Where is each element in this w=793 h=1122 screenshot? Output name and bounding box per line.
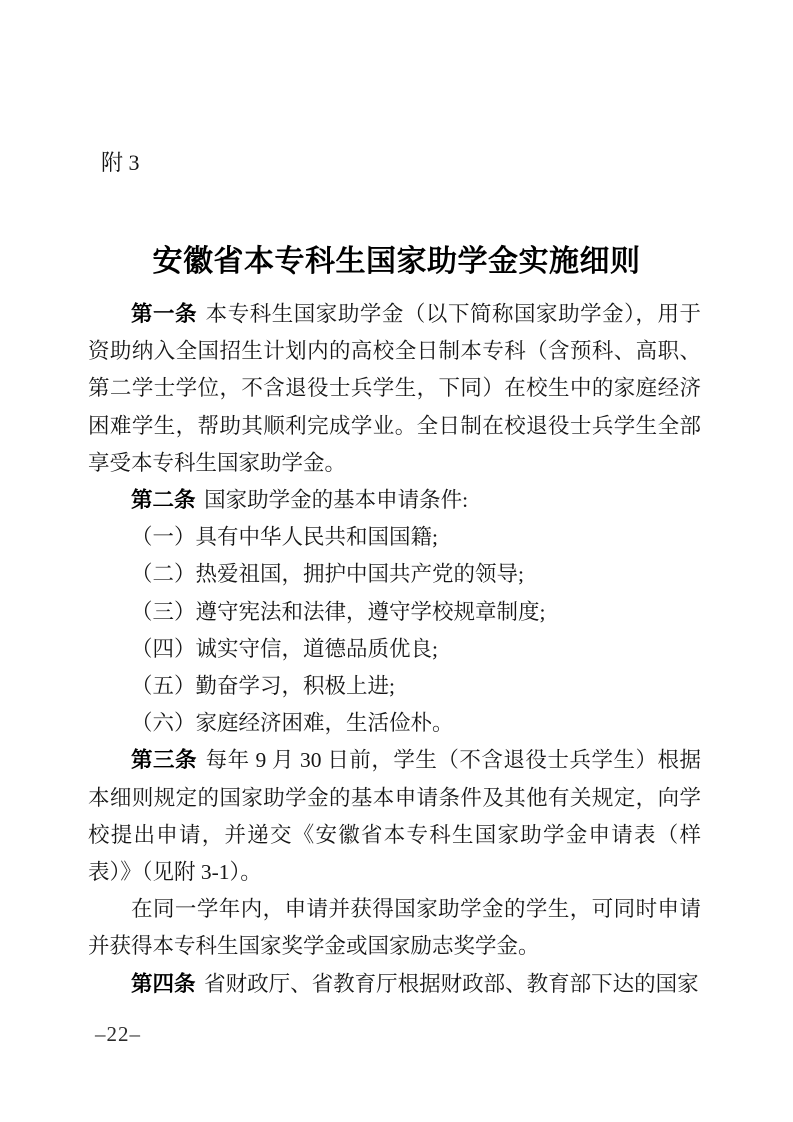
article-1-label: 第一条	[131, 302, 197, 326]
article-2-text: 国家助学金的基本申请条件:	[204, 488, 468, 512]
article-3-label: 第三条	[131, 748, 197, 772]
paragraph-article-1: 第一条本专科生国家助学金（以下简称国家助学金），用于资助纳入全国招生计划内的高校…	[88, 296, 701, 482]
condition-item-1-text: （一）具有中华人民共和国国籍;	[131, 525, 438, 549]
document-title: 安徽省本专科生国家助学金实施细则	[0, 236, 793, 280]
condition-item-3: （三）遵守宪法和法律，遵守学校规章制度;	[88, 594, 701, 631]
condition-item-2-text: （二）热爱祖国，拥护中国共产党的领导;	[131, 562, 524, 586]
paragraph-same-year-text: 在同一学年内，申请并获得国家助学金的学生，可同时申请并获得本专科生国家奖学金或国…	[88, 897, 701, 958]
condition-item-4-text: （四）诚实守信，道德品质优良;	[131, 637, 438, 661]
paragraph-article-4: 第四条省财政厅、省教育厅根据财政部、教育部下达的国家	[88, 966, 701, 1003]
paragraph-same-year: 在同一学年内，申请并获得国家助学金的学生，可同时申请并获得本专科生国家奖学金或国…	[88, 891, 701, 965]
condition-item-5-text: （五）勤奋学习，积极上进;	[131, 674, 395, 698]
paragraph-article-2: 第二条国家助学金的基本申请条件:	[88, 482, 701, 519]
condition-item-6-text: （六）家庭经济困难，生活俭朴。	[131, 711, 454, 735]
article-1-text: 本专科生国家助学金（以下简称国家助学金），用于资助纳入全国招生计划内的高校全日制…	[88, 302, 701, 475]
condition-item-3-text: （三）遵守宪法和法律，遵守学校规章制度;	[131, 600, 545, 624]
condition-item-1: （一）具有中华人民共和国国籍;	[88, 519, 701, 556]
document-body: 第一条本专科生国家助学金（以下简称国家助学金），用于资助纳入全国招生计划内的高校…	[88, 296, 701, 1003]
condition-item-6: （六）家庭经济困难，生活俭朴。	[88, 705, 701, 742]
page-number: –22–	[95, 1022, 141, 1046]
article-4-label: 第四条	[131, 972, 196, 996]
attachment-label: 附 3	[101, 149, 140, 177]
condition-item-4: （四）诚实守信，道德品质优良;	[88, 631, 701, 668]
document-page: 附 3 安徽省本专科生国家助学金实施细则 第一条本专科生国家助学金（以下简称国家…	[0, 0, 793, 1122]
article-2-label: 第二条	[131, 488, 196, 512]
condition-item-5: （五）勤奋学习，积极上进;	[88, 668, 701, 705]
paragraph-article-3: 第三条每年 9 月 30 日前，学生（不含退役士兵学生）根据本细则规定的国家助学…	[88, 742, 701, 891]
article-4-text: 省财政厅、省教育厅根据财政部、教育部下达的国家	[204, 972, 699, 996]
condition-item-2: （二）热爱祖国，拥护中国共产党的领导;	[88, 556, 701, 593]
